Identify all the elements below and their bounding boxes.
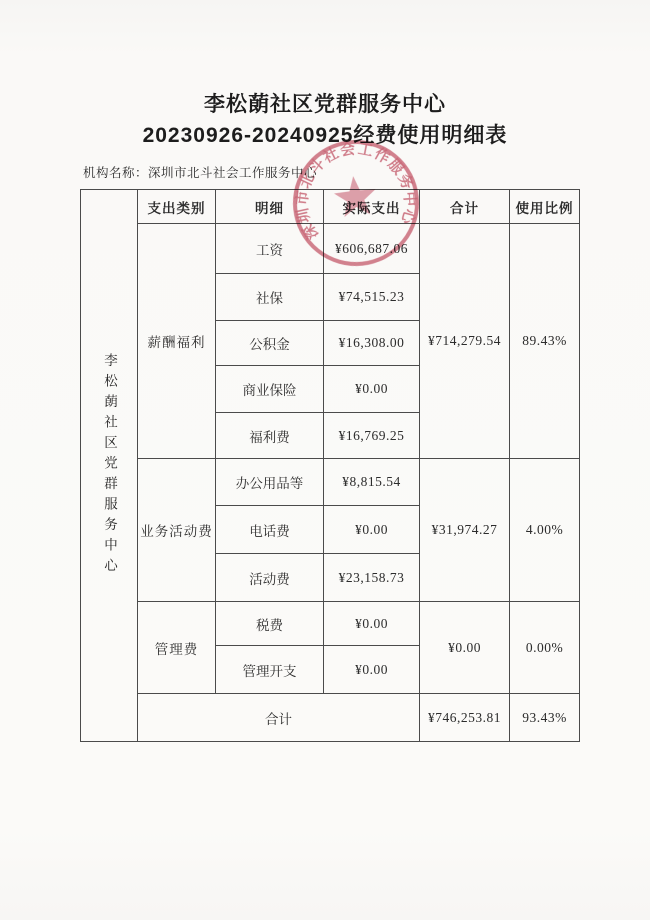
item-name: 活动费 bbox=[216, 554, 324, 602]
item-name: 商业保险 bbox=[216, 366, 324, 413]
category-management-fee: 管理费 bbox=[138, 602, 216, 694]
document-title-line1: 李松蓢社区党群服务中心 bbox=[0, 88, 650, 118]
header-detail: 明细 bbox=[216, 190, 324, 224]
org-name-value: 深圳市北斗社会工作服务中心 bbox=[148, 166, 317, 180]
item-name: 工资 bbox=[216, 224, 324, 274]
header-actual-expense: 实际支出 bbox=[324, 190, 420, 224]
group-ratio: 89.43% bbox=[510, 224, 580, 459]
document-title-line2: 20230926-20240925经费使用明细表 bbox=[0, 119, 650, 149]
item-amount: ¥16,308.00 bbox=[324, 321, 420, 366]
total-ratio: 93.43% bbox=[510, 694, 580, 742]
item-name: 管理开支 bbox=[216, 646, 324, 694]
item-amount: ¥74,515.23 bbox=[324, 274, 420, 321]
item-name: 税费 bbox=[216, 602, 324, 646]
total-amount: ¥746,253.81 bbox=[420, 694, 510, 742]
item-amount: ¥23,158.73 bbox=[324, 554, 420, 602]
table-row: 薪酬福利 工资 ¥606,687.06 ¥714,279.54 89.43% bbox=[81, 224, 580, 274]
header-expense-category: 支出类别 bbox=[138, 190, 216, 224]
category-business-activity: 业务活动费 bbox=[138, 459, 216, 602]
expense-detail-table: 李松蓢社区党群服务中心 支出类别 明细 实际支出 合计 使用比例 薪酬福利 工资… bbox=[80, 189, 580, 742]
org-name-line: 机构名称：深圳市北斗社会工作服务中心 bbox=[83, 163, 317, 181]
table-row: 管理费 税费 ¥0.00 ¥0.00 0.00% bbox=[81, 602, 580, 646]
item-name: 电话费 bbox=[216, 506, 324, 554]
header-subtotal: 合计 bbox=[420, 190, 510, 224]
scanned-document-page: 李松蓢社区党群服务中心 20230926-20240925经费使用明细表 机构名… bbox=[0, 0, 650, 920]
item-name: 社保 bbox=[216, 274, 324, 321]
category-salary-welfare: 薪酬福利 bbox=[138, 224, 216, 459]
group-subtotal: ¥31,974.27 bbox=[420, 459, 510, 602]
group-subtotal: ¥714,279.54 bbox=[420, 224, 510, 459]
header-usage-ratio: 使用比例 bbox=[510, 190, 580, 224]
item-amount: ¥0.00 bbox=[324, 366, 420, 413]
item-name: 办公用品等 bbox=[216, 459, 324, 506]
org-vertical-name-cell: 李松蓢社区党群服务中心 bbox=[81, 190, 138, 742]
org-name-label: 机构名称： bbox=[83, 166, 148, 180]
total-label: 合计 bbox=[138, 694, 420, 742]
item-amount: ¥16,769.25 bbox=[324, 413, 420, 459]
item-name: 福利费 bbox=[216, 413, 324, 459]
table-total-row: 合计 ¥746,253.81 93.43% bbox=[81, 694, 580, 742]
item-amount: ¥0.00 bbox=[324, 506, 420, 554]
table-row: 业务活动费 办公用品等 ¥8,815.54 ¥31,974.27 4.00% bbox=[81, 459, 580, 506]
item-amount: ¥606,687.06 bbox=[324, 224, 420, 274]
table-header-row: 李松蓢社区党群服务中心 支出类别 明细 实际支出 合计 使用比例 bbox=[81, 190, 580, 224]
item-amount: ¥0.00 bbox=[324, 602, 420, 646]
item-amount: ¥0.00 bbox=[324, 646, 420, 694]
group-subtotal: ¥0.00 bbox=[420, 602, 510, 694]
group-ratio: 4.00% bbox=[510, 459, 580, 602]
group-ratio: 0.00% bbox=[510, 602, 580, 694]
item-amount: ¥8,815.54 bbox=[324, 459, 420, 506]
item-name: 公积金 bbox=[216, 321, 324, 366]
